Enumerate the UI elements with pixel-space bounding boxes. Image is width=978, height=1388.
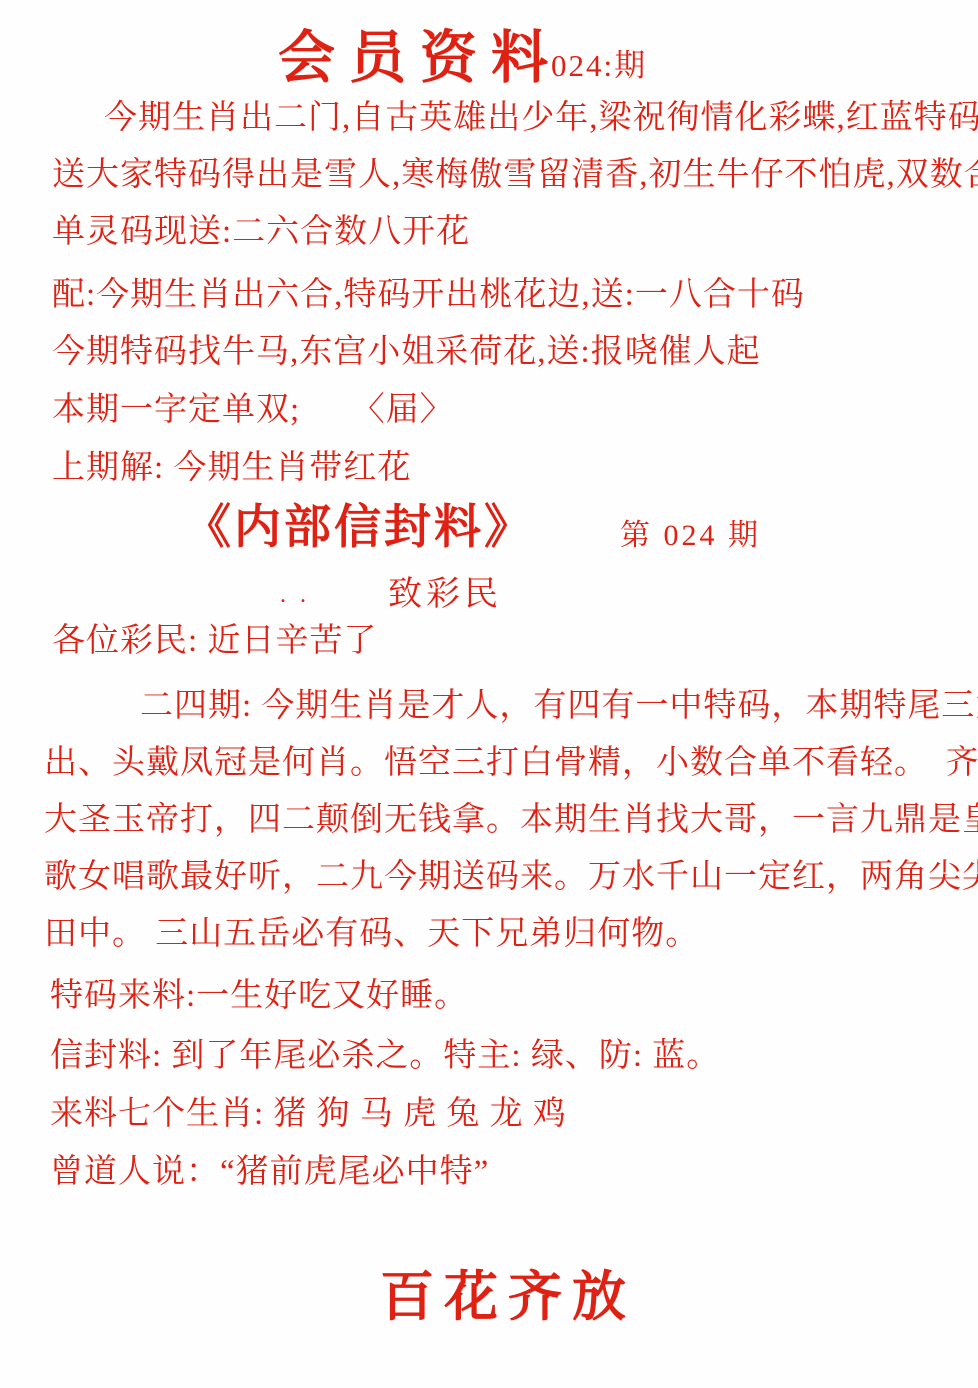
lottery-tip-sheet: 会员资料 024:期 今期生肖出二门,自古英雄出少年,梁祝徇情化彩蝶,红蓝特码 … — [0, 0, 978, 1388]
letter-paragraph-line: 歌女唱歌最好听，二九今期送码来。万水千山一定红，两角尖尖耕 — [44, 861, 978, 894]
envelope-issue-number: 第 024 期 — [620, 510, 761, 554]
letter-paragraph-line: 出、头戴凤冠是何肖。悟空三打白骨精，小数合单不看轻。 齐天 — [44, 747, 978, 780]
member-tip-line: 今期特码找牛马,东宫小姐采荷花,送:报哓催人起 — [52, 336, 761, 369]
member-tip-line: 配:今期生肖出六合,特码开出桃花边,送:一八合十码 — [52, 279, 805, 312]
envelope-title: 《内部信封料》 — [184, 490, 534, 557]
member-tip-line: 上期解: 今期生肖带红花 — [52, 452, 411, 485]
member-tip-line: 本期一字定单双; 〈届〉 — [52, 394, 454, 427]
member-paragraph-line: 单灵码现送:二六合数八开花 — [52, 216, 470, 249]
issue-number: 024:期 — [551, 40, 647, 85]
page-title: 会员资料 — [278, 12, 562, 94]
special-tip-line: 特码来料:一生好吃又好睡。 — [50, 980, 468, 1013]
salute-text: 致彩民 — [388, 566, 502, 615]
footer-slogan: 百花齐放 — [380, 1254, 636, 1331]
special-tip-line: 信封料: 到了年尾必杀之。特主: 绿、防: 蓝。 — [50, 1040, 720, 1073]
special-tip-line: 曾道人说：“猪前虎尾必中特” — [50, 1156, 489, 1189]
letter-paragraph-line: 大圣玉帝打，四二颠倒无钱拿。本期生肖找大哥，一言九鼎是皇帝， — [44, 804, 978, 837]
member-paragraph-line: 送大家特码得出是雪人,寒梅傲雪留清香,初生牛仔不怕虎,双数合 — [52, 159, 978, 192]
member-paragraph-line: 今期生肖出二门,自古英雄出少年,梁祝徇情化彩蝶,红蓝特码 — [104, 102, 978, 135]
ink-dot-marks: . . — [280, 582, 310, 609]
letter-paragraph-line: 田中。 三山五岳必有码、天下兄弟归何物。 — [44, 918, 699, 951]
greeting-text: 各位彩民: 近日辛苦了 — [52, 625, 377, 658]
letter-paragraph-line: 二四期: 今期生肖是才人，有四有一中特码，本期特尾三六 — [140, 690, 978, 723]
special-tip-line: 来料七个生肖: 猪 狗 马 虎 兔 龙 鸡 — [50, 1098, 567, 1131]
